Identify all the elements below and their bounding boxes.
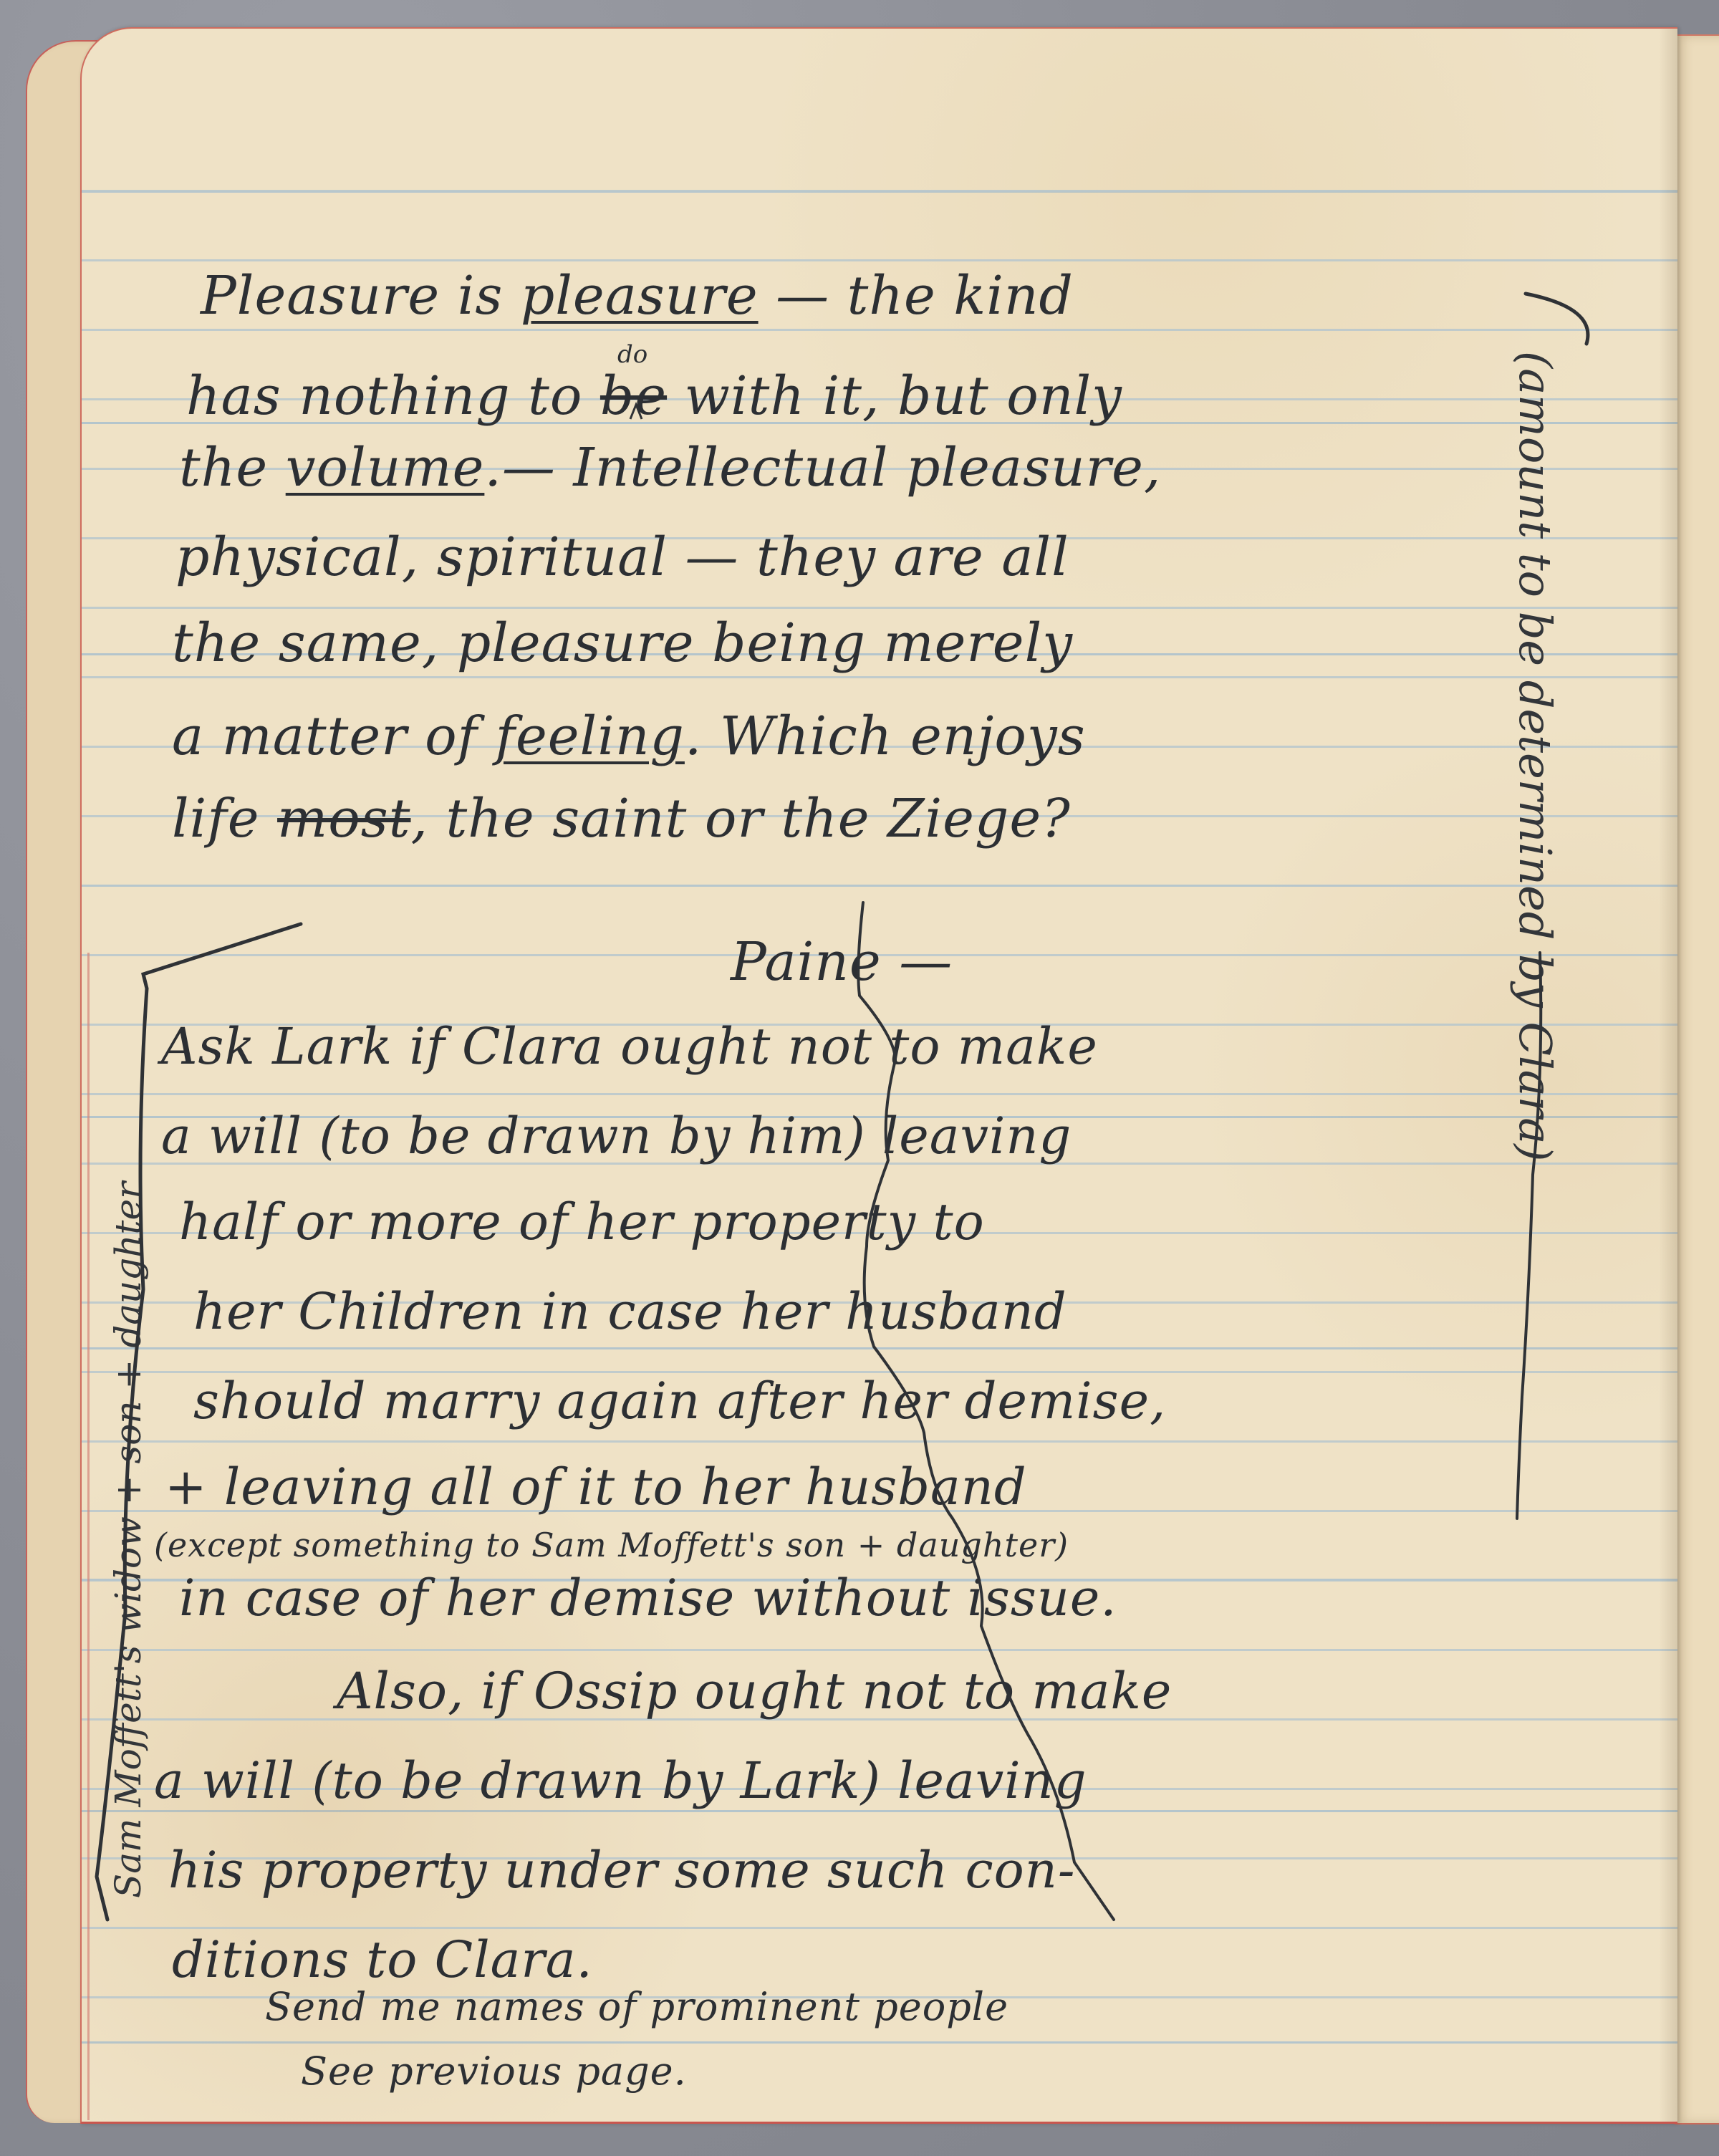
right-margin-note: (amount to be determined by Clara) [1509,351,1561,1162]
text-line-14-parenthetical: (except something to Sam Moffett's son +… [154,1526,1069,1564]
text-line-2: has nothing to be with it, but only [186,365,1122,427]
text-line-4: physical, spiritual — they are all [175,526,1069,588]
text-line-15: in case of her demise without issue. [179,1569,1117,1627]
footer-note-2: See previous page. [301,2049,687,2094]
text-line-11: her Children in case her husband [193,1282,1067,1341]
facing-page-edge [1675,34,1719,2124]
text-line-9: a will (to be drawn by him) leaving [161,1107,1072,1165]
text-line-1: Pleasure is pleasure — the kind [201,265,1074,327]
red-margin-line [87,953,90,2120]
text-line-16: Also, if Ossip ought not to make [337,1662,1172,1721]
text-line-6: a matter of feeling. Which enjoys [172,706,1086,767]
text-line-8: Ask Lark if Clara ought not to make [161,1017,1098,1076]
text-line-5: the same, pleasure being merely [172,612,1073,674]
footer-note-1: Send me names of prominent people [265,1984,1008,2029]
text-line-19: ditions to Clara. [172,1930,593,1989]
left-margin-note: Sam Moffett's widow + son + daughter [107,1182,149,1898]
text-line-17: a will (to be drawn by Lark) leaving [154,1751,1087,1810]
insertion-do: do [617,340,647,369]
text-line-12: should marry again after her demise, [193,1372,1166,1430]
text-line-10: half or more of her property to [179,1193,985,1251]
section-heading-paine: Paine — [731,931,953,993]
text-line-7: life most, the saint or the Ziege? [172,788,1071,850]
text-line-13: + leaving all of it to her husband [165,1458,1027,1516]
text-line-18: his property under some such con- [168,1841,1076,1900]
text-line-3: the volume.— Intellectual pleasure, [179,437,1161,499]
gutter-shadow [1659,29,1677,2122]
